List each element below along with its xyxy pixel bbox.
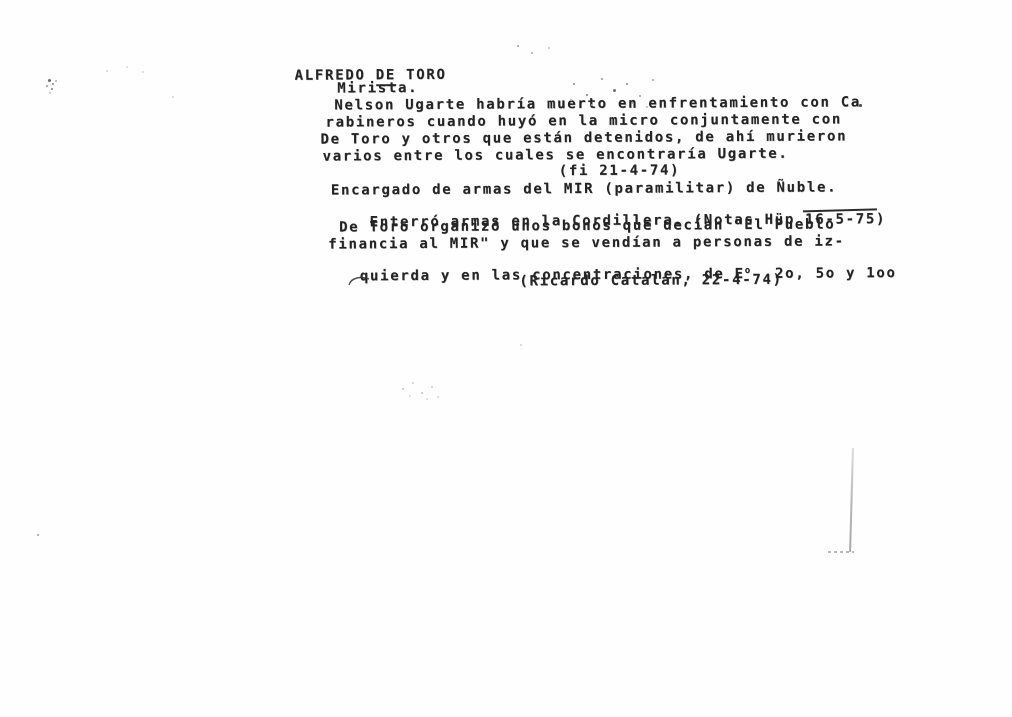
typewritten-card: ALFREDO DE TORO Mirista. Nelson Ugarte h…: [0, 0, 1012, 717]
scan-speck: [426, 398, 428, 400]
page-corner-crease-foot: [828, 551, 854, 553]
scan-speck: [106, 70, 108, 72]
line-death-account-1: Nelson Ugarte habría muerto en enfrentam…: [334, 95, 861, 113]
scan-speck: [409, 395, 411, 397]
scan-speck: [548, 47, 550, 49]
line-source-ricardo-catalan: (Ricardo Catalán, 22-4-74): [519, 273, 782, 290]
line-bonds-1: De Toro organizó unos bonos que decían "…: [339, 217, 835, 235]
scan-speck: [52, 83, 54, 85]
line-weapons-charge: Encargado de armas del MIR (paramilitar)…: [331, 180, 838, 198]
scan-speck: [531, 52, 533, 54]
line-affiliation: Mirista.: [337, 81, 418, 96]
line-bonds-2: financia al MIR" y que se vendían a pers…: [328, 234, 845, 252]
scan-speck: [646, 106, 648, 108]
scan-speck: [431, 386, 433, 388]
scan-speck: [412, 382, 414, 384]
scan-speck: [437, 396, 439, 398]
handwritten-tick-mark: [346, 274, 372, 288]
scan-speck: [126, 66, 128, 68]
scan-speck: [517, 45, 519, 47]
scan-speck: [520, 344, 522, 346]
scan-speck: [631, 102, 633, 104]
line-death-account-4: varios entre los cuales se encontraría U…: [323, 147, 789, 165]
scan-smudge: [48, 79, 51, 82]
scan-speck: [55, 80, 57, 82]
scan-speck: [573, 83, 575, 85]
scan-speck: [49, 92, 51, 94]
line-source-fi-date: (fi 21-4-74): [559, 163, 681, 179]
scan-speck: [639, 95, 641, 97]
scanned-document-page: { "colors": { "ink": "#242424", "paper":…: [0, 0, 1012, 717]
scan-speck: [591, 104, 593, 106]
scan-speck: [586, 94, 588, 96]
scan-speck: [37, 534, 39, 536]
scan-speck: [421, 392, 423, 394]
scan-speck: [46, 85, 48, 87]
scan-speck: [626, 83, 628, 85]
scan-speck: [402, 388, 404, 390]
scan-speck: [142, 71, 144, 73]
scan-speck: [613, 89, 616, 92]
line-death-account-2: rabineros cuando huyó en la micro conjun…: [325, 112, 842, 130]
scan-speck: [172, 96, 174, 98]
buried-weapons-close-paren: ): [876, 211, 886, 227]
scan-speck: [652, 79, 654, 81]
scan-speck: [859, 104, 862, 107]
scan-speck: [570, 99, 572, 101]
scan-speck: [51, 88, 53, 90]
scan-speck: [601, 78, 603, 80]
